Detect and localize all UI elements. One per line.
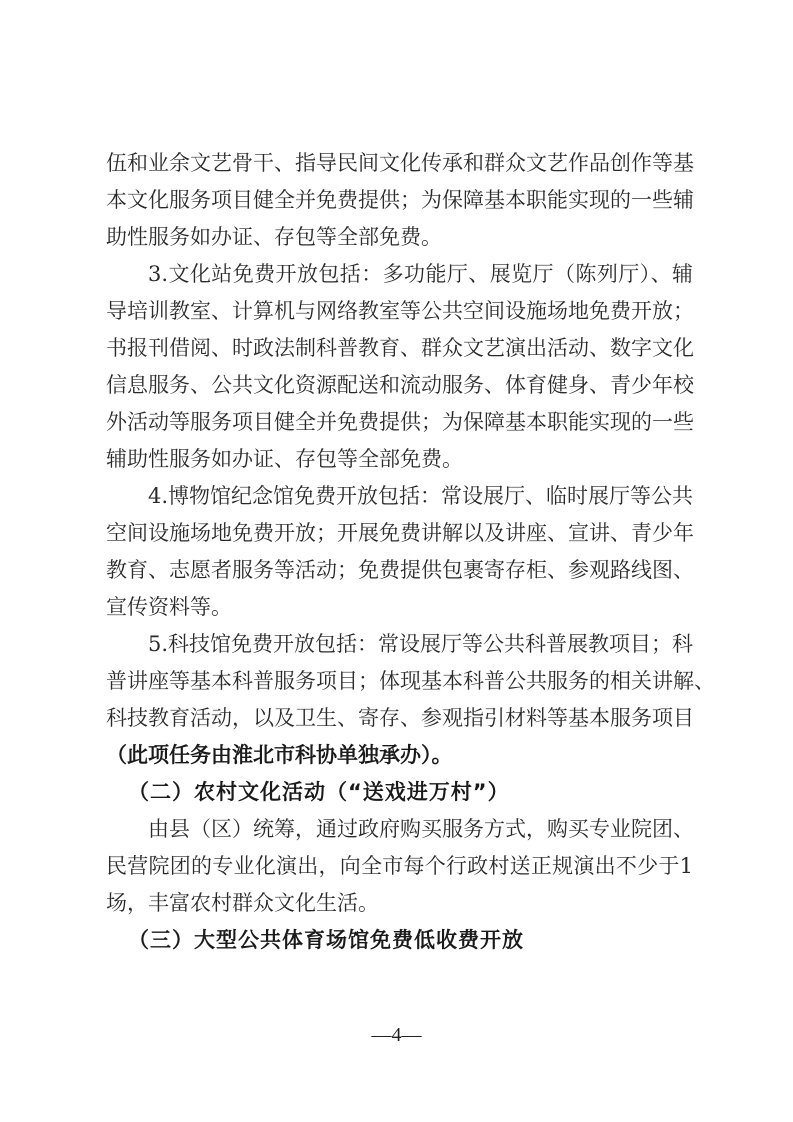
paragraph-line: 书报刊借阅、时政法制科普教育、群众文艺演出活动、数字文化 [106, 330, 693, 367]
paragraph-line: 空间设施场地免费开放；开展免费讲解以及讲座、宣讲、青少年 [106, 515, 693, 552]
paragraph-line: 助性服务如办证、存包等全部免费。 [106, 219, 693, 256]
paragraph-line: 信息服务、公共文化资源配送和流动服务、体育健身、青少年校 [106, 367, 693, 404]
item-4-heading-line: 4.博物馆纪念馆免费开放包括：常设展厅、临时展厅等公共 [148, 478, 693, 515]
bold-note-line: （此项任务由淮北市科协单独承办）。 [106, 737, 693, 774]
section-heading-rural-culture: （二）农村文化活动（“送戏进万村”） [128, 774, 510, 811]
paragraph-line: 教育、志愿者服务等活动；免费提供包裹寄存柜、参观路线图、 [106, 552, 693, 589]
paragraph-line: 外活动等服务项目健全并免费提供；为保障基本职能实现的一些 [106, 404, 693, 441]
paragraph-line: 场，丰富农村群众文化生活。 [106, 885, 693, 922]
paragraph-line: 本文化服务项目健全并免费提供；为保障基本职能实现的一些辅 [106, 182, 693, 219]
paragraph-line: 伍和业余文艺骨干、指导民间文化传承和群众文艺作品创作等基 [106, 145, 693, 182]
item-5-heading-line: 5.科技馆免费开放包括：常设展厅等公共科普展教项目；科 [148, 626, 693, 663]
paragraph-line: 辅助性服务如办证、存包等全部免费。 [106, 441, 693, 478]
item-3-heading-line: 3.文化站免费开放包括：多功能厅、展览厅（陈列厅）、辅 [148, 256, 693, 293]
paragraph-line: 科技教育活动，以及卫生、寄存、参观指引材料等基本服务项目 [106, 700, 693, 737]
paragraph-line: 宣传资料等。 [106, 589, 693, 626]
paragraph-line: 民营院团的专业化演出，向全市每个行政村送正规演出不少于1 [106, 848, 693, 885]
paragraph-line: 由县（区）统筹，通过政府购买服务方式，购买专业院团、 [148, 811, 693, 848]
page-number: —4— [0, 1020, 793, 1050]
paragraph-line: 普讲座等基本科普服务项目；体现基本科普公共服务的相关讲解、 [106, 663, 693, 700]
paragraph-line: 导培训教室、计算机与网络教室等公共空间设施场地免费开放； [106, 293, 693, 330]
document-page: 伍和业余文艺骨干、指导民间文化传承和群众文艺作品创作等基 本文化服务项目健全并免… [0, 0, 793, 1122]
section-heading-sports-venues: （三）大型公共体育场馆免费低收费开放 [128, 922, 524, 959]
